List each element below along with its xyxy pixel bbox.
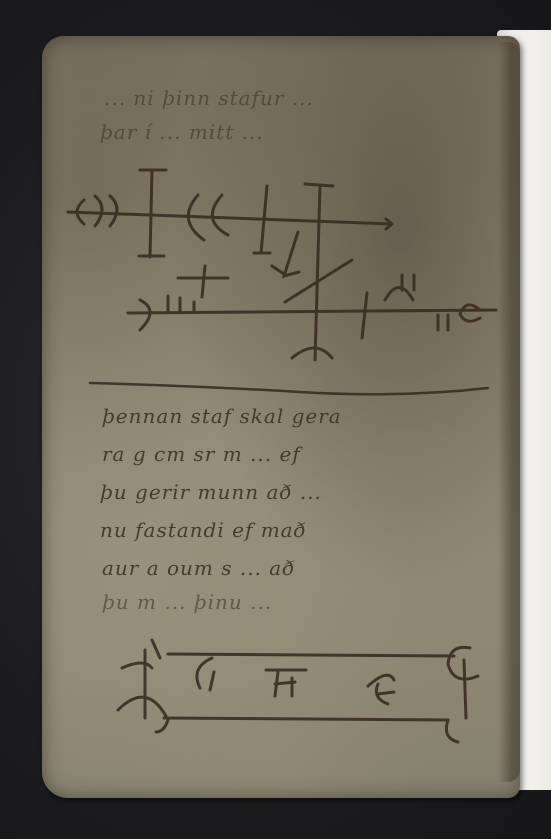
upper-stave <box>68 170 496 360</box>
ink-drawings <box>0 0 551 839</box>
lower-stave <box>118 640 478 742</box>
divider-rule <box>90 383 488 394</box>
